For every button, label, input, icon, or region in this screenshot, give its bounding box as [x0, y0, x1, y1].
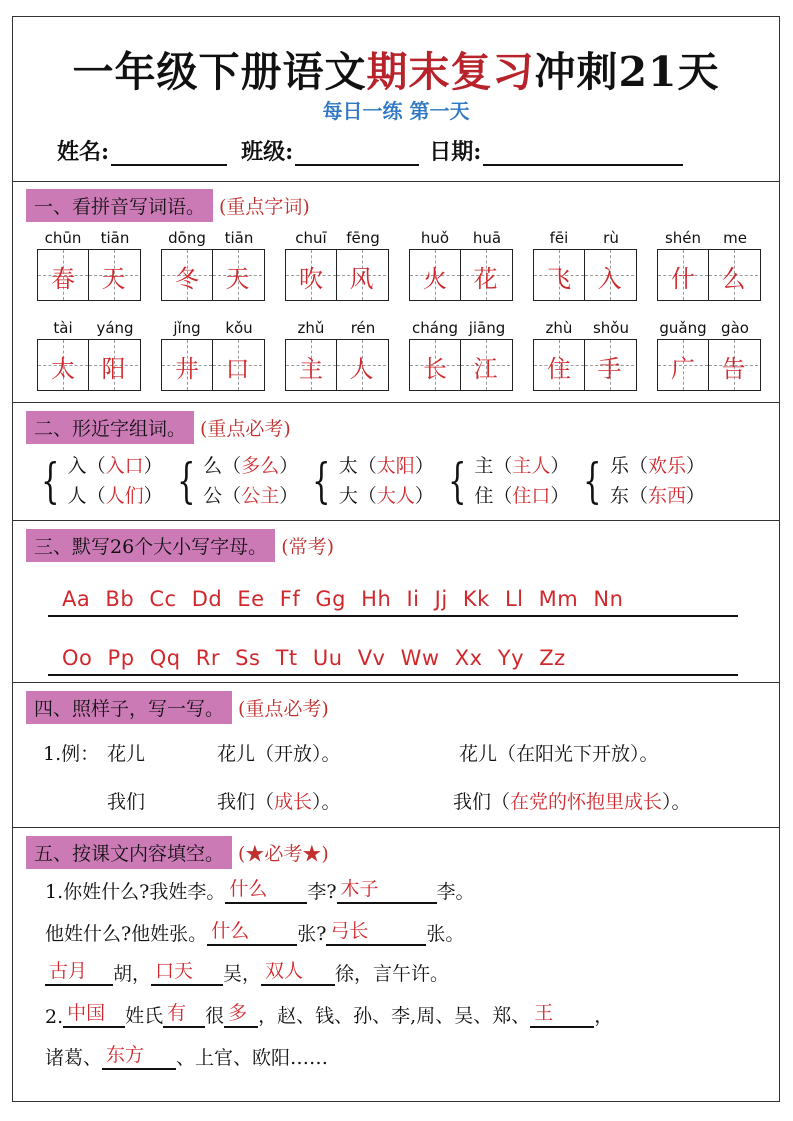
- section-alphabet: 三、默写26个大小写字母。 (常考) Aa Bb Cc Dd Ee Ff Gg …: [13, 521, 779, 683]
- tianzige-box[interactable]: 飞入: [533, 249, 637, 301]
- blank-field[interactable]: 有: [163, 1000, 205, 1028]
- worksheet: 一年级下册语文期末复习冲刺21天 每日一练 第一天 姓名: 班级: 日期: 一、…: [12, 16, 780, 1102]
- blank-field[interactable]: 王: [530, 1000, 594, 1028]
- word-row-1: chūntiān春天 dōngtiān冬天 chuīfēng吹风 huǒhuā火…: [37, 229, 781, 301]
- alphabet-line-2[interactable]: Oo Pp Qq Rr Ss Tt Uu Vv Ww Xx Yy Zz: [48, 638, 738, 676]
- blank-field[interactable]: 双人: [261, 958, 335, 986]
- char-pair: {太（太阳）大（大人）: [306, 451, 434, 511]
- tianzige-box[interactable]: 住手: [533, 339, 637, 391]
- task-phrase[interactable]: 我们（成长）。: [217, 787, 341, 814]
- char-pair: {入（入口）人（人们）: [35, 451, 163, 511]
- char-pair: {么（多么）公（公主）: [171, 451, 299, 511]
- blank-field[interactable]: 东方: [102, 1042, 176, 1070]
- fill-line-4: 2.中国姓氏有很多，赵、钱、孙、李,周、吴、郑、王，: [45, 1000, 613, 1028]
- word-item: zhǔrén主人: [285, 319, 389, 391]
- word-item: zhùshǒu住手: [533, 319, 637, 391]
- brace-icon: {: [448, 457, 466, 505]
- section-heading: 三、默写26个大小写字母。 (常考): [26, 529, 334, 562]
- example-phrase: 花儿（开放）。: [217, 739, 341, 766]
- blank-field[interactable]: 什么: [207, 918, 297, 946]
- section-heading: 四、照样子，写一写。 (重点必考): [26, 691, 329, 724]
- word-item: jǐngkǒu井口: [161, 319, 265, 391]
- word-item: chángjiāng长江: [409, 319, 513, 391]
- blank-field[interactable]: 多: [224, 1000, 258, 1028]
- page-title: 一年级下册语文期末复习冲刺21天: [13, 39, 779, 98]
- alphabet-line-1[interactable]: Aa Bb Cc Dd Ee Ff Gg Hh Ii Jj Kk Ll Mm N…: [48, 579, 738, 617]
- word-item: chuīfēng吹风: [285, 229, 389, 301]
- section-heading: 一、看拼音写词语。 (重点字词): [26, 189, 310, 222]
- name-field[interactable]: [111, 136, 227, 166]
- section-tag: (★必考★): [238, 839, 329, 866]
- brace-icon: {: [41, 457, 59, 505]
- title-highlight: 期末复习: [366, 48, 534, 96]
- section-similar-chars: 二、形近字组词。 (重点必考) {入（入口）人（人们） {么（多么）公（公主） …: [13, 403, 779, 521]
- tianzige-box[interactable]: 主人: [285, 339, 389, 391]
- section-tag: (常考): [281, 532, 334, 559]
- fill-line-1: 1.你姓什么?我姓李。什么李?木子李。: [45, 876, 475, 904]
- title-part-1: 一年级下册语文: [72, 48, 366, 96]
- section-pinyin-words: 一、看拼音写词语。 (重点字词) chūntiān春天 dōngtiān冬天 c…: [13, 181, 779, 403]
- tianzige-box[interactable]: 井口: [161, 339, 265, 391]
- section-title: 五、按课文内容填空。: [26, 836, 232, 869]
- student-info: 姓名: 班级: 日期:: [57, 135, 693, 166]
- section-title: 三、默写26个大小写字母。: [26, 529, 275, 562]
- task-sentence[interactable]: 我们（在党的怀抱里成长）。: [453, 787, 691, 814]
- fill-line-5: 诸葛、东方、上官、欧阳……: [45, 1042, 328, 1070]
- section-tag: (重点必考): [200, 414, 291, 441]
- example-word: 花儿: [107, 739, 145, 766]
- section-fill-blanks: 五、按课文内容填空。 (★必考★) 1.你姓什么?我姓李。什么李?木子李。 他姓…: [13, 828, 779, 1103]
- blank-field[interactable]: 口天: [151, 958, 223, 986]
- class-label: 班级:: [241, 135, 293, 166]
- name-label: 姓名:: [57, 135, 109, 166]
- section-title: 一、看拼音写词语。: [26, 189, 213, 222]
- word-item: fēirù飞入: [533, 229, 637, 301]
- subtitle: 每日一练 第一天: [13, 95, 779, 124]
- example-sentence: 花儿（在阳光下开放）。: [459, 739, 659, 766]
- worksheet-header: 一年级下册语文期末复习冲刺21天 每日一练 第一天 姓名: 班级: 日期:: [13, 17, 779, 182]
- tianzige-box[interactable]: 什么: [657, 249, 761, 301]
- blank-field[interactable]: 弓长: [326, 918, 426, 946]
- brace-icon: {: [177, 457, 195, 505]
- word-item: tàiyáng太阳: [37, 319, 141, 391]
- word-item: guǎnggào广告: [657, 319, 761, 391]
- tianzige-box[interactable]: 广告: [657, 339, 761, 391]
- tianzige-box[interactable]: 吹风: [285, 249, 389, 301]
- word-item: chūntiān春天: [37, 229, 141, 301]
- date-label: 日期:: [429, 135, 481, 166]
- section-title: 四、照样子，写一写。: [26, 691, 232, 724]
- blank-field[interactable]: 中国: [63, 1000, 125, 1028]
- blank-field[interactable]: 什么: [225, 876, 307, 904]
- section-title: 二、形近字组词。: [26, 411, 194, 444]
- tianzige-box[interactable]: 春天: [37, 249, 141, 301]
- blank-field[interactable]: 木子: [337, 876, 437, 904]
- word-row-2: tàiyáng太阳 jǐngkǒu井口 zhǔrén主人 chángjiāng长…: [37, 319, 781, 391]
- tianzige-box[interactable]: 火花: [409, 249, 513, 301]
- fill-line-3: 古月胡，口天吴，双人徐，言午许。: [45, 958, 449, 986]
- fill-line-2: 他姓什么?他姓张。什么张?弓长张。: [45, 918, 464, 946]
- class-field[interactable]: [295, 136, 419, 166]
- brace-icon: {: [312, 457, 330, 505]
- example-label: 1.例：: [43, 739, 99, 766]
- word-item: huǒhuā火花: [409, 229, 513, 301]
- char-pairs: {入（入口）人（人们） {么（多么）公（公主） {太（太阳）大（大人） {主（主…: [35, 451, 713, 511]
- section-imitate: 四、照样子，写一写。 (重点必考) 1.例： 花儿 花儿（开放）。 花儿（在阳光…: [13, 683, 779, 828]
- brace-icon: {: [584, 457, 602, 505]
- word-item: dōngtiān冬天: [161, 229, 265, 301]
- task-word: 我们: [107, 787, 145, 814]
- date-field[interactable]: [483, 136, 683, 166]
- section-tag: (重点字词): [219, 192, 310, 219]
- section-heading: 五、按课文内容填空。 (★必考★): [26, 836, 329, 869]
- word-item: shénme什么: [657, 229, 761, 301]
- title-part-2: 冲刺21天: [534, 48, 719, 96]
- tianzige-box[interactable]: 长江: [409, 339, 513, 391]
- section-heading: 二、形近字组词。 (重点必考): [26, 411, 291, 444]
- char-pair: {乐（欢乐）东（东西）: [577, 451, 705, 511]
- tianzige-box[interactable]: 冬天: [161, 249, 265, 301]
- section-tag: (重点必考): [238, 694, 329, 721]
- tianzige-box[interactable]: 太阳: [37, 339, 141, 391]
- blank-field[interactable]: 古月: [45, 958, 113, 986]
- char-pair: {主（主人）住（住口）: [442, 451, 570, 511]
